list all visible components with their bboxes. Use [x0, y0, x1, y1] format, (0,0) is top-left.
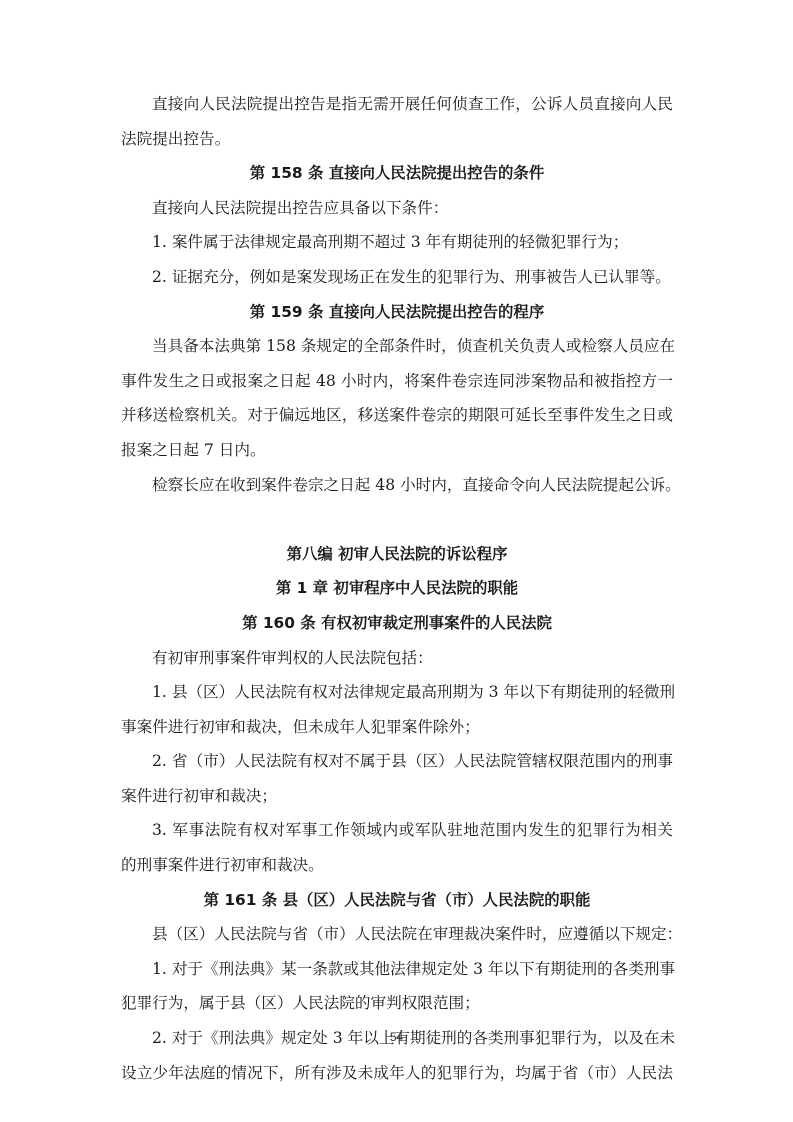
section-heading: 第 160 条 有权初审裁定刑事案件的人民法院 — [121, 606, 673, 641]
paragraph-line: 检察长应在收到案件卷宗之日起 48 小时内，直接命令向人民法院提起公诉。 — [121, 468, 673, 503]
paragraph-line: 有初审刑事案件审判权的人民法院包括： — [121, 641, 673, 676]
section-heading: 第 161 条 县（区）人民法院与省（市）人民法院的职能 — [121, 883, 673, 918]
paragraph-line: 3. 军事法院有权对军事工作领域内或军队驻地范围内发生的犯罪行为相关 — [121, 813, 673, 848]
paragraph-line: 报案之日起 7 日内。 — [121, 433, 673, 468]
section-heading: 第 159 条 直接向人民法院提出控告的程序 — [121, 295, 673, 330]
paragraph-line: 直接向人民法院提出控告是指无需开展任何侦查工作，公诉人员直接向人民 — [121, 87, 673, 122]
paragraph-line: 1. 对于《刑法典》某一条款或其他法律规定处 3 年以下有期徒刑的各类刑事 — [121, 952, 673, 987]
paragraph-line: 当具备本法典第 158 条规定的全部条件时，侦查机关负责人或检察人员应在 — [121, 329, 673, 364]
paragraph-line: 县（区）人民法院与省（市）人民法院在审理裁决案件时，应遵循以下规定： — [121, 917, 673, 952]
paragraph-line: 2. 证据充分，例如是案发现场正在发生的犯罪行为、刑事被告人已认罪等。 — [121, 260, 673, 295]
paragraph-line: 事件发生之日或报案之日起 48 小时内，将案件卷宗连同涉案物品和被指控方一 — [121, 364, 673, 399]
section-heading: 第 158 条 直接向人民法院提出控告的条件 — [121, 156, 673, 191]
page-number: 54 — [0, 1030, 793, 1044]
paragraph-line: 并移送检察机关。对于偏远地区，移送案件卷宗的期限可延长至事件发生之日或 — [121, 398, 673, 433]
paragraph-line: 事案件进行初审和裁决，但未成年人犯罪案件除外； — [121, 710, 673, 745]
paragraph-line: 直接向人民法院提出控告应具备以下条件： — [121, 191, 673, 226]
paragraph-line: 案件进行初审和裁决； — [121, 779, 673, 814]
paragraph-line: 1. 案件属于法律规定最高刑期不超过 3 年有期徒刑的轻微犯罪行为； — [121, 225, 673, 260]
document-page-body: 直接向人民法院提出控告是指无需开展任何侦查工作，公诉人员直接向人民法院提出控告。… — [121, 87, 673, 1090]
paragraph-line: 犯罪行为，属于县（区）人民法院的审判权限范围； — [121, 986, 673, 1021]
paragraph-line: 1. 县（区）人民法院有权对法律规定最高刑期为 3 年以下有期徒刑的轻微刑 — [121, 675, 673, 710]
paragraph-line: 法院提出控告。 — [121, 122, 673, 157]
paragraph-line: 设立少年法庭的情况下，所有涉及未成年人的犯罪行为，均属于省（市）人民法 — [121, 1056, 673, 1091]
paragraph-line: 2. 省（市）人民法院有权对不属于县（区）人民法院管辖权限范围内的刑事 — [121, 744, 673, 779]
paragraph-line: 的刑事案件进行初审和裁决。 — [121, 848, 673, 883]
section-heading: 第八编 初审人民法院的诉讼程序 — [121, 537, 673, 572]
blank-line — [121, 502, 673, 537]
section-heading: 第 1 章 初审程序中人民法院的职能 — [121, 571, 673, 606]
